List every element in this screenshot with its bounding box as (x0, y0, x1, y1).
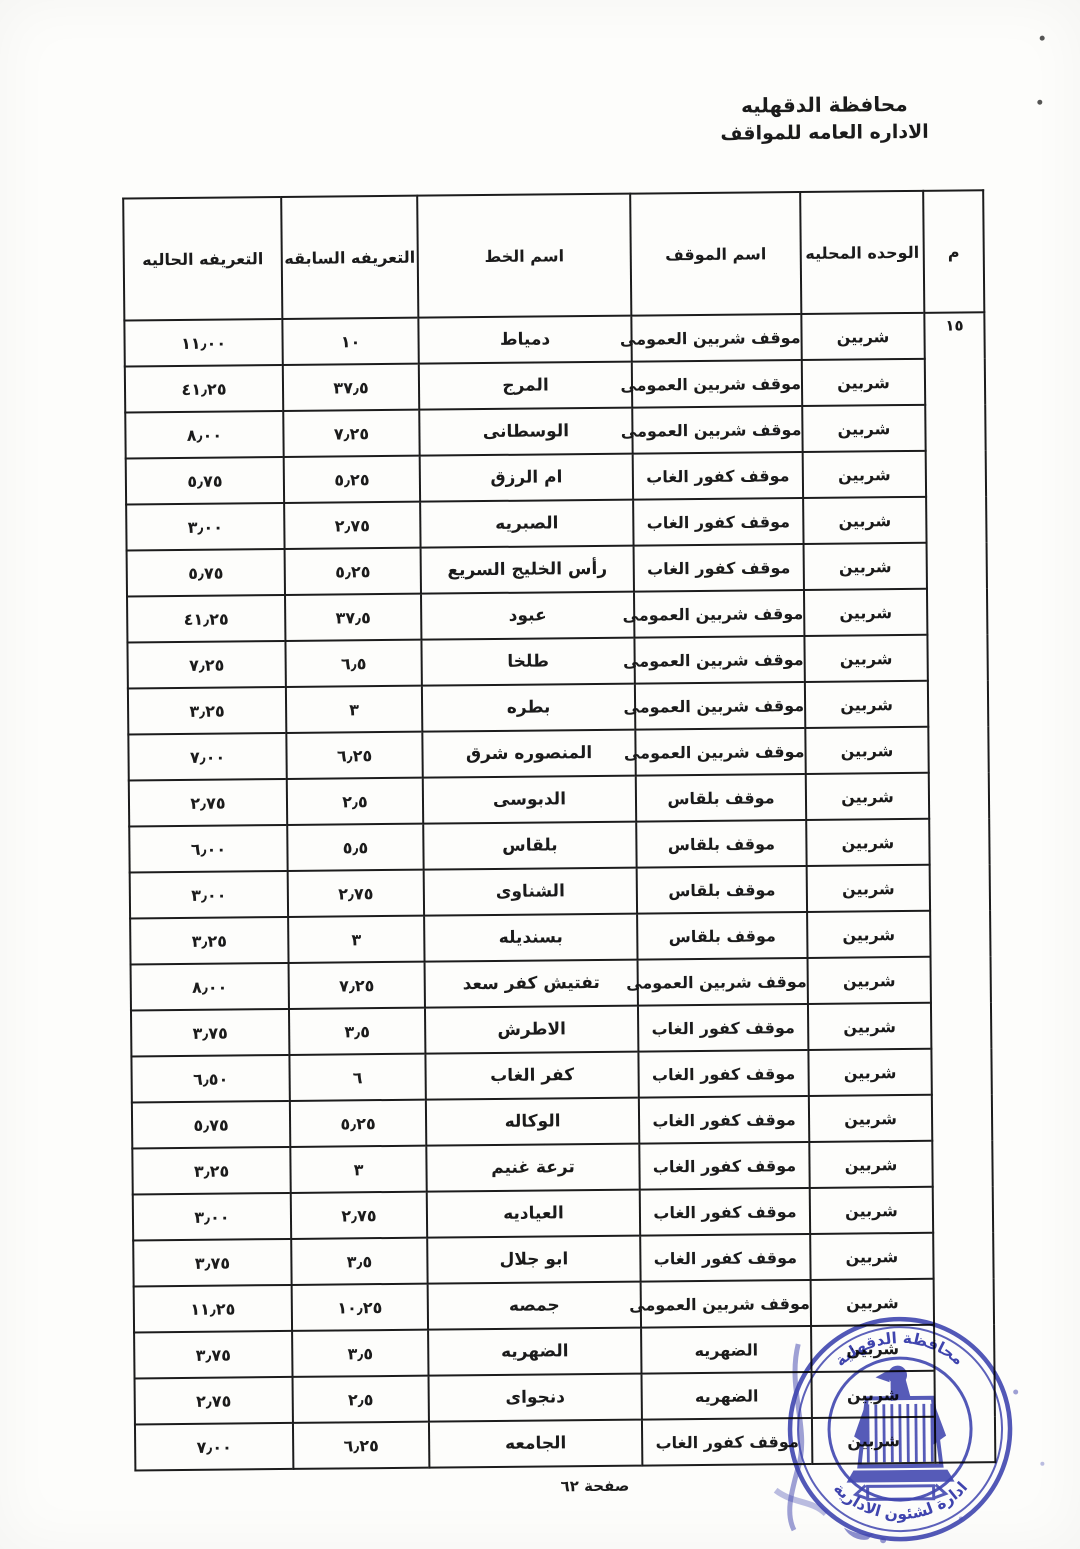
governorate-title: محافظة الدقهليه (694, 91, 954, 119)
scan-speck (1037, 100, 1042, 105)
cell-line-name: رأس الخليج السريع (421, 546, 634, 594)
cell-current-tariff: ٦٫٠٠ (129, 825, 287, 873)
cell-station-name: موقف كفور الغاب (640, 1234, 810, 1282)
cell-line-name: بلقاس (423, 822, 636, 870)
cell-previous-tariff: ٧٫٢٥ (289, 962, 425, 1009)
cell-current-tariff: ٨٫٠٠ (131, 963, 289, 1011)
cell-station-name: موقف كفور الغاب (638, 1004, 808, 1052)
cell-station-name: موقف شربين العمومى (632, 360, 802, 408)
cell-local-unit: شربين (802, 359, 925, 406)
cell-station-name: موقف كفور الغاب (639, 1096, 809, 1144)
cell-station-name: موقف كفور الغاب (633, 452, 803, 500)
cell-previous-tariff: ١٠ (282, 318, 418, 365)
cell-current-tariff: ٣٫٠٠ (133, 1193, 291, 1241)
cell-current-tariff: ٧٫٢٥ (127, 641, 285, 689)
cell-local-unit: شربين (804, 589, 927, 636)
cell-previous-tariff: ٥٫٢٥ (290, 1100, 426, 1147)
col-header-station-name: اسم الموقف (630, 192, 801, 316)
cell-station-name: موقف بلقاس (636, 820, 806, 868)
cell-current-tariff: ٣٫٠٠ (130, 871, 288, 919)
cell-previous-tariff: ٦٫٢٥ (293, 1422, 429, 1469)
cell-line-name: الجامعه (429, 1420, 642, 1468)
cell-current-tariff: ٤١٫٢٥ (127, 595, 285, 643)
cell-station-name: موقف شربين العمومى (635, 682, 805, 730)
cell-current-tariff: ٣٫٢٥ (128, 687, 286, 735)
cell-local-unit: شربين (801, 313, 924, 360)
cell-local-unit: شربين (804, 543, 927, 590)
cell-previous-tariff: ٣ (286, 686, 422, 733)
cell-line-name: المنصوره شرق (422, 730, 635, 778)
table-row: شربين موقف بلقاس الدبوسى ٢٫٥ ٢٫٧٥ (129, 772, 989, 826)
cell-local-unit: شربين (810, 1187, 933, 1234)
cell-line-name: الدبوسى (423, 776, 636, 824)
table-row: شربين موقف شربين العمومى طلخا ٦٫٥ ٧٫٢٥ (127, 634, 987, 688)
cell-current-tariff: ٦٫٥٠ (131, 1055, 289, 1103)
cell-line-name: دمياط (418, 316, 631, 364)
cell-previous-tariff: ٣ (288, 916, 424, 963)
table-row: شربين موقف شربين العمومى عبود ٣٧٫٥ ٤١٫٢٥ (127, 588, 987, 642)
table-row: شربين موقف كفور الغاب الصبريه ٢٫٧٥ ٣٫٠٠ (126, 496, 986, 550)
cell-line-name: الصبريه (420, 500, 633, 548)
cell-line-name: ام الرزق (420, 454, 633, 502)
cell-line-name: كفر الغاب (425, 1052, 638, 1100)
official-stamp: محافظة الدقهلية ادارة لشئون الادارية (746, 1287, 1080, 1547)
cell-current-tariff: ٣٫٧٥ (133, 1239, 291, 1287)
cell-line-name: دنجواى (429, 1374, 642, 1422)
table-row: شربين موقف كفور الغاب رأس الخليج السريع … (127, 542, 987, 596)
cell-station-name: موقف شربين العمومى (634, 590, 804, 638)
table-row: شربين موقف بلقاس بلقاس ٥٫٥ ٦٫٠٠ (129, 818, 989, 872)
cell-previous-tariff: ٥٫٢٥ (285, 548, 421, 595)
cell-local-unit: شربين (806, 819, 929, 866)
cell-line-name: جمصه (428, 1282, 641, 1330)
cell-local-unit: شربين (805, 681, 928, 728)
cell-station-name: موقف كفور الغاب (640, 1188, 810, 1236)
cell-previous-tariff: ٣ (290, 1146, 426, 1193)
cell-previous-tariff: ٢٫٧٥ (291, 1192, 427, 1239)
cell-local-unit: شربين (804, 635, 927, 682)
cell-current-tariff: ٨٫٠٠ (125, 411, 283, 459)
cell-station-name: موقف كفور الغاب (634, 544, 804, 592)
cell-current-tariff: ٧٫٠٠ (128, 733, 286, 781)
cell-local-unit: شربين (805, 727, 928, 774)
table-row: شربين موقف كفور الغاب الاطرش ٣٫٥ ٣٫٧٥ (131, 1002, 991, 1056)
cell-current-tariff: ٥٫٧٥ (132, 1101, 290, 1149)
cell-line-name: طلخا (421, 638, 634, 686)
cell-previous-tariff: ٥٫٥ (287, 824, 423, 871)
cell-current-tariff: ٢٫٧٥ (135, 1377, 293, 1425)
cell-local-unit: شربين (809, 1141, 932, 1188)
scanned-document-page: محافظة الدقهليه الاداره العامه للمواقف م… (0, 0, 1080, 1549)
cell-previous-tariff: ٣٫٥ (289, 1008, 425, 1055)
cell-station-name: موقف شربين العمومى (638, 958, 808, 1006)
table-row: شربين موقف كفور الغاب الوكاله ٥٫٢٥ ٥٫٧٥ (132, 1094, 992, 1148)
cell-station-name: موقف كفور الغاب (639, 1142, 809, 1190)
stamp-eagle-emblem (845, 1365, 954, 1500)
cell-local-unit: شربين (803, 497, 926, 544)
table-row: شربين موقف بلقاس الشناوى ٢٫٧٥ ٣٫٠٠ (130, 864, 990, 918)
cell-station-name: موقف شربين العمومى (631, 314, 801, 362)
cell-line-name: العياديه (427, 1190, 640, 1238)
table-row: شربين موقف بلقاس بسنديله ٣ ٣٫٢٥ (130, 910, 990, 964)
cell-previous-tariff: ٦٫٥ (285, 640, 421, 687)
cell-line-name: الوكاله (426, 1098, 639, 1146)
cell-line-name: عبود (421, 592, 634, 640)
cell-local-unit: شربين (809, 1095, 932, 1142)
col-header-line-name: اسم الخط (417, 194, 631, 318)
cell-previous-tariff: ٣٧٫٥ (283, 364, 419, 411)
department-title: الاداره العامه للمواقف (694, 121, 954, 145)
cell-previous-tariff: ٢٫٧٥ (284, 502, 420, 549)
stamp-top-text: محافظة الدقهلية (831, 1328, 967, 1370)
cell-current-tariff: ٣٫٢٥ (132, 1147, 290, 1195)
cell-current-tariff: ١١٫٠٠ (124, 319, 282, 367)
col-header-local-unit: الوحده المحليه (800, 191, 924, 314)
cell-line-name: ابو جلال (427, 1236, 640, 1284)
page-number-footer: صفحة ٦٢ (560, 1477, 629, 1496)
cell-station-name: موقف بلقاس (637, 866, 807, 914)
table-row: شربين موقف شربين العمومى الوسطانى ٧٫٢٥ ٨… (125, 404, 985, 458)
cell-current-tariff: ٣٫٠٠ (126, 503, 284, 551)
cell-local-unit: شربين (802, 405, 925, 452)
cell-station-name: موقف شربين العمومى (634, 636, 804, 684)
cell-previous-tariff: ٥٫٢٥ (284, 456, 420, 503)
cell-previous-tariff: ٢٫٥ (293, 1376, 429, 1423)
cell-current-tariff: ٢٫٧٥ (129, 779, 287, 827)
cell-previous-tariff: ١٠٫٢٥ (292, 1284, 428, 1331)
cell-previous-tariff: ٦٫٢٥ (286, 732, 422, 779)
cell-local-unit: شربين (808, 1003, 931, 1050)
col-header-current-tariff: التعريفه الحاليه (123, 197, 282, 321)
scan-content: محافظة الدقهليه الاداره العامه للمواقف م… (0, 0, 1080, 1549)
cell-station-name: موقف بلقاس (637, 912, 807, 960)
cell-line-name: بطره (422, 684, 635, 732)
tariff-table: م الوحده المحليه اسم الموقف اسم الخط الت… (122, 189, 996, 1471)
col-header-previous-tariff: التعريفه السابقه (281, 196, 418, 319)
cell-current-tariff: ٥٫٧٥ (126, 457, 284, 505)
cell-line-name: الوسطانى (419, 408, 632, 456)
cell-line-name: الشناوى (424, 868, 637, 916)
table-row: شربين موقف شربين العمومى المنصوره شرق ٦٫… (128, 726, 988, 780)
table-row: شربين موقف شربين العمومى تفتيش كفر سعد ٧… (131, 956, 991, 1010)
table-row: شربين موقف كفور الغاب العياديه ٢٫٧٥ ٣٫٠٠ (133, 1186, 993, 1240)
table-row: شربين موقف كفور الغاب ابو جلال ٣٫٥ ٣٫٧٥ (133, 1232, 993, 1286)
table-row: ١٥شربين موقف شربين العمومى دمياط ١٠ ١١٫٠… (124, 312, 984, 366)
cell-line-name: بسنديله (424, 914, 637, 962)
cell-line-name: تفتيش كفر سعد (425, 960, 638, 1008)
table-header-row: م الوحده المحليه اسم الموقف اسم الخط الت… (123, 190, 984, 320)
cell-current-tariff: ٣٫٧٥ (134, 1331, 292, 1379)
cell-line-name: الضهريه (428, 1328, 641, 1376)
cell-current-tariff: ٣٫٧٥ (131, 1009, 289, 1057)
cell-station-name: موقف كفور الغاب (633, 498, 803, 546)
cell-local-unit: شربين (807, 865, 930, 912)
scan-speck (1040, 36, 1045, 41)
table-row: شربين موقف شربين العمومى المرج ٣٧٫٥ ٤١٫٢… (125, 358, 985, 412)
cell-line-name: ترعة غنيم (426, 1144, 639, 1192)
table-row: شربين موقف كفور الغاب ترعة غنيم ٣ ٣٫٢٥ (132, 1140, 992, 1194)
table-row: شربين موقف كفور الغاب ام الرزق ٥٫٢٥ ٥٫٧٥ (126, 450, 986, 504)
cell-previous-tariff: ٣٫٥ (291, 1238, 427, 1285)
cell-local-unit: شربين (808, 957, 931, 1004)
cell-station-name: موقف شربين العمومى (635, 728, 805, 776)
cell-current-tariff: ٣٫٢٥ (130, 917, 288, 965)
cell-current-tariff: ٤١٫٢٥ (125, 365, 283, 413)
cell-current-tariff: ٥٫٧٥ (127, 549, 285, 597)
table-row: شربين موقف كفور الغاب كفر الغاب ٦ ٦٫٥٠ (131, 1048, 991, 1102)
cell-previous-tariff: ٢٫٧٥ (288, 870, 424, 917)
cell-local-unit: شربين (806, 773, 929, 820)
cell-line-name: المرج (419, 362, 632, 410)
cell-station-name: موقف بلقاس (636, 774, 806, 822)
document-header: محافظة الدقهليه الاداره العامه للمواقف (694, 91, 954, 145)
col-header-index: م (923, 190, 984, 313)
cell-local-unit: شربين (810, 1233, 933, 1280)
table-row: شربين موقف شربين العمومى بطره ٣ ٣٫٢٥ (128, 680, 988, 734)
cell-local-unit: شربين (807, 911, 930, 958)
cell-previous-tariff: ٣٫٥ (292, 1330, 428, 1377)
cell-current-tariff: ٧٫٠٠ (135, 1423, 293, 1471)
cell-station-name: موقف شربين العمومى (632, 406, 802, 454)
cell-previous-tariff: ٣٧٫٥ (285, 594, 421, 641)
cell-local-unit: شربين (808, 1049, 931, 1096)
cell-previous-tariff: ٧٫٢٥ (283, 410, 419, 457)
cell-current-tariff: ١١٫٢٥ (134, 1285, 292, 1333)
cell-previous-tariff: ٢٫٥ (287, 778, 423, 825)
cell-previous-tariff: ٦ (289, 1054, 425, 1101)
cell-line-name: الاطرش (425, 1006, 638, 1054)
cell-local-unit: شربين (803, 451, 926, 498)
cell-station-name: موقف كفور الغاب (638, 1050, 808, 1098)
